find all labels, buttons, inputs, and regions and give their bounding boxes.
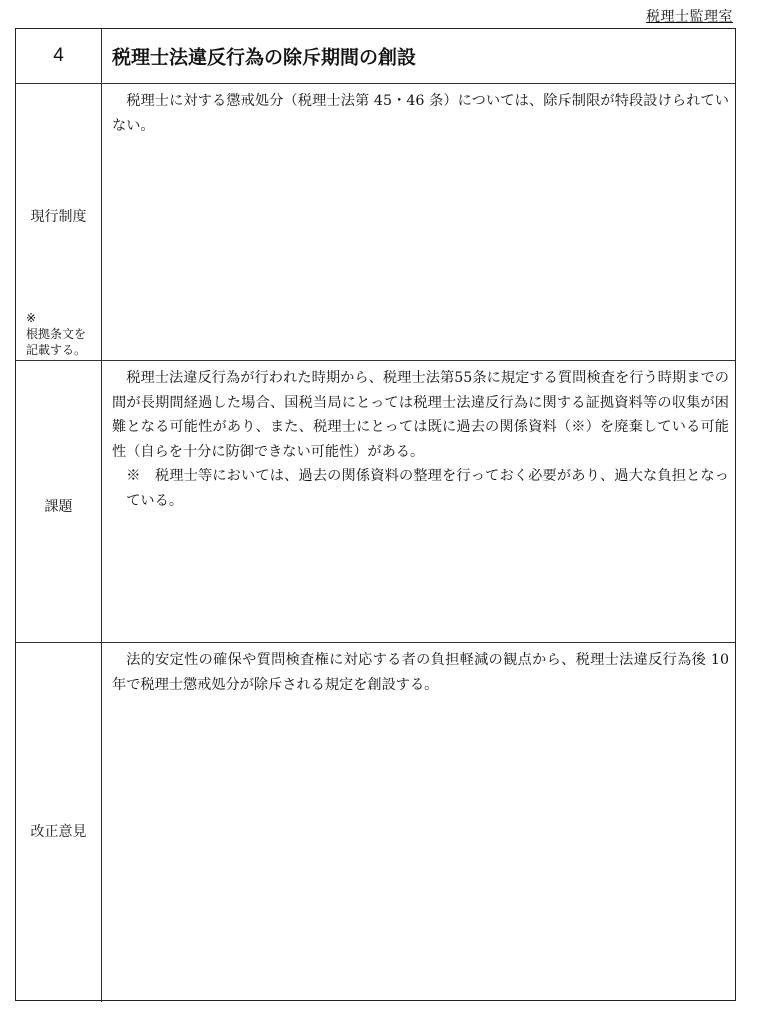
section-amendment-opinion: 改正意見 法的安定性の確保や質問検査権に対応する者の負担軽減の観点から、税理士法… bbox=[16, 643, 735, 1002]
section-label-cell: 現行制度 ※ 根拠条文を 記載する。 bbox=[16, 84, 102, 360]
note-line: 記載する。 bbox=[26, 342, 86, 358]
section-label: 課題 bbox=[16, 496, 101, 516]
item-number-cell: 4 bbox=[16, 29, 102, 83]
section-note: ※ 根拠条文を 記載する。 bbox=[26, 310, 86, 358]
section-text: 税理士法違反行為が行われた時期から、税理士法第55条に規定する質問検査を行う時期… bbox=[112, 366, 729, 513]
title-row: 4 税理士法違反行為の除斥期間の創設 bbox=[16, 29, 735, 84]
section-label-cell: 改正意見 bbox=[16, 643, 102, 1002]
section-body: 法的安定性の確保や質問検査権に対応する者の負担軽減の観点から、税理士法違反行為後… bbox=[102, 643, 735, 1002]
item-title-cell: 税理士法違反行為の除斥期間の創設 bbox=[102, 29, 735, 83]
paragraph: 税理士に対する懲戒処分（税理士法第 45・46 条）については、除斥制限が特段設… bbox=[112, 89, 729, 138]
note-line: 根拠条文を bbox=[26, 326, 86, 342]
section-body: 税理士に対する懲戒処分（税理士法第 45・46 条）については、除斥制限が特段設… bbox=[102, 84, 735, 360]
department-name: 税理士監理室 bbox=[646, 6, 733, 26]
section-body: 税理士法違反行為が行われた時期から、税理士法第55条に規定する質問検査を行う時期… bbox=[102, 361, 735, 642]
paragraph: 税理士法違反行為が行われた時期から、税理士法第55条に規定する質問検査を行う時期… bbox=[112, 366, 729, 464]
section-label-cell: 課題 bbox=[16, 361, 102, 642]
note-mark: ※ bbox=[26, 310, 86, 326]
section-label: 改正意見 bbox=[16, 821, 101, 841]
section-text: 法的安定性の確保や質問検査権に対応する者の負担軽減の観点から、税理士法違反行為後… bbox=[112, 648, 729, 697]
paragraph-note: ※ 税理士等においては、過去の関係資料の整理を行っておく必要があり、過大な負担と… bbox=[112, 464, 729, 513]
paragraph: 法的安定性の確保や質問検査権に対応する者の負担軽減の観点から、税理士法違反行為後… bbox=[112, 648, 729, 697]
section-label: 現行制度 bbox=[16, 206, 101, 226]
item-title: 税理士法違反行為の除斥期間の創設 bbox=[112, 43, 416, 70]
section-current-system: 現行制度 ※ 根拠条文を 記載する。 税理士に対する懲戒処分（税理士法第 45・… bbox=[16, 84, 735, 361]
section-text: 税理士に対する懲戒処分（税理士法第 45・46 条）については、除斥制限が特段設… bbox=[112, 89, 729, 138]
section-issues: 課題 税理士法違反行為が行われた時期から、税理士法第55条に規定する質問検査を行… bbox=[16, 361, 735, 643]
item-number: 4 bbox=[16, 45, 101, 67]
proposal-table: 4 税理士法違反行為の除斥期間の創設 現行制度 ※ 根拠条文を 記載する。 税理… bbox=[15, 28, 736, 1001]
